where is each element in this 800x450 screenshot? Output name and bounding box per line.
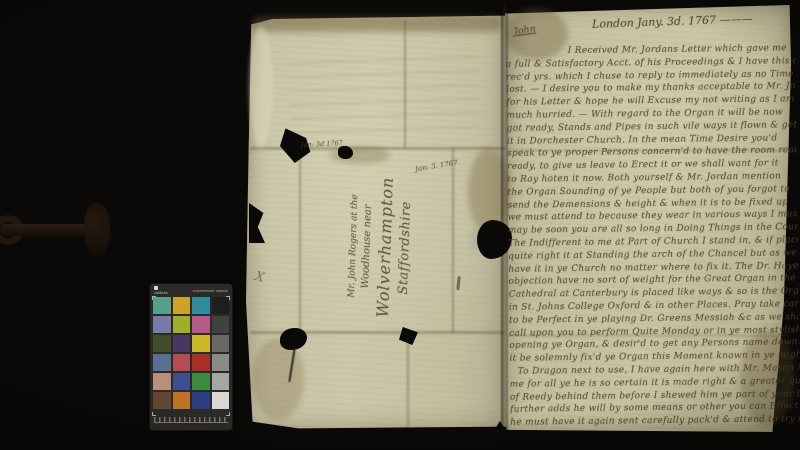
patch-yellow: [192, 335, 210, 352]
ink-showthrough: [289, 52, 482, 144]
address-line: Wolverhampton: [373, 176, 397, 317]
patch-green: [192, 373, 210, 390]
patch-red: [192, 354, 210, 371]
paper-highlight-flap: [249, 26, 273, 148]
paper-stain: [252, 338, 304, 420]
patch-blue: [192, 392, 210, 409]
patch-blue-sky: [153, 354, 171, 371]
patch-dark-skin: [153, 392, 171, 409]
paper-stain: [252, 16, 502, 32]
tear-notch: [466, 0, 490, 15]
colorchecker-patches: [153, 297, 229, 409]
patch-cyan: [192, 297, 210, 314]
letter-text-lines: I Received Mr. Jordans Letter which gave…: [506, 42, 800, 434]
patch-black: [212, 297, 230, 314]
patch-neutral-8: [212, 373, 230, 390]
address-line: Mr. John Rogers at the: [347, 194, 361, 298]
calibrite-logo-icon: [154, 286, 158, 290]
crease-line: [406, 333, 410, 428]
registration-mark: [152, 412, 156, 416]
patch-magenta: [192, 316, 210, 333]
patch-neutral-6-5: [212, 354, 230, 371]
patch-orange: [173, 392, 191, 409]
brand-block: calibrite: [154, 286, 168, 295]
address-line: Staffordshire: [396, 201, 414, 295]
patch-purplish-blue: [173, 373, 191, 390]
registration-mark: [226, 412, 230, 416]
colorchecker-ruler-strip: [154, 417, 228, 423]
colorchecker-card: calibrite colorchecker classic: [150, 284, 232, 430]
photo-stage: Jan: 3d 1767 Jan: 3. 1767 X Mr. John Rog…: [0, 0, 800, 450]
colorchecker-header: calibrite colorchecker classic: [152, 285, 230, 296]
patch-blue-flower: [153, 316, 171, 333]
patch-bluish-green: [153, 297, 171, 314]
patch-moderate-red: [173, 354, 191, 371]
patch-foliage: [153, 335, 171, 352]
address-line: Woodhouse near: [360, 204, 374, 289]
product-label: colorchecker classic: [193, 289, 228, 293]
copy-stand-knob: [84, 203, 110, 255]
patch-purple: [173, 335, 191, 352]
patch-neutral-5: [212, 335, 230, 352]
brand-label: calibrite: [154, 291, 168, 295]
patch-white: [212, 392, 230, 409]
patch-neutral-3-5: [212, 316, 230, 333]
patch-light-skin: [153, 373, 171, 390]
handwriting-line: he must have it again sent carefully pac…: [510, 413, 800, 429]
patch-yellow-green: [173, 316, 191, 333]
address-block: Mr. John Rogers at the Woodhouse near Wo…: [297, 152, 463, 342]
tear-notch: [398, 0, 420, 13]
patch-orange-yellow: [173, 297, 191, 314]
